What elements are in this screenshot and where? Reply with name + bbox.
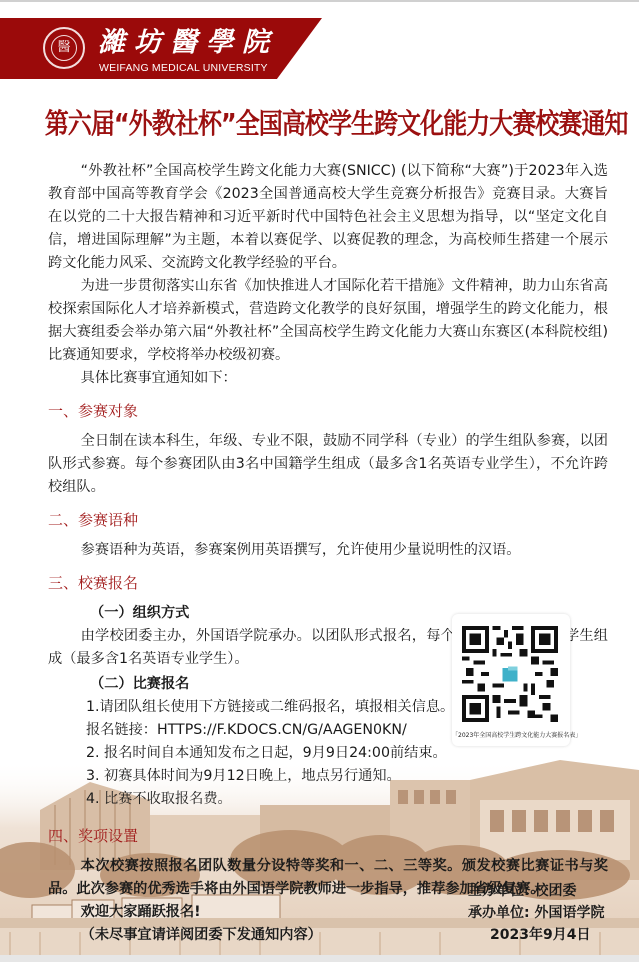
section-participants-body: 全日制在读本科生，年级、专业不限，鼓励不同学科（专业）的学生组队参赛，以团队形式…: [48, 430, 608, 499]
registration-item-4: 4. 比赛不收取报名费。: [86, 788, 608, 811]
university-emblem-icon: 醫: [43, 27, 85, 69]
section-heading-awards: 四、奖项设置: [48, 823, 608, 849]
host-unit: 主办单位: 校团委: [468, 880, 604, 902]
university-name-en: WEIFANG MEDICAL UNIVERSITY: [99, 62, 268, 74]
intro-paragraph-2: 为进一步贯彻落实山东省《加快推进人才国际化若干措施》文件精神，助力山东省高校探索…: [48, 275, 608, 367]
university-name-cn: 濰坊醫學院: [98, 28, 278, 58]
notice-title: 第六届“外教社杯”全国高校学生跨文化能力大赛校赛通知: [45, 104, 595, 144]
intro-paragraph-3: 具体比赛事宜通知如下：: [48, 367, 608, 390]
section-heading-registration: 三、校赛报名: [48, 570, 608, 596]
qr-code-card[interactable]: 「2023年全国高校学生跨文化能力大赛报名表」: [452, 614, 570, 746]
bottom-edge: [0, 955, 639, 962]
emblem-glyph: 醫: [51, 35, 77, 61]
registration-item-3: 3. 初赛具体时间为9月12日晚上，地点另行通知。: [86, 765, 608, 788]
section-heading-participants: 一、参赛对象: [48, 398, 608, 424]
qr-code-icon[interactable]: [462, 626, 558, 722]
organizer-unit: 承办单位: 外国语学院: [468, 902, 604, 924]
signature-block: 主办单位: 校团委 承办单位: 外国语学院 2023年9月4日: [468, 880, 604, 946]
notice-date: 2023年9月4日: [468, 924, 604, 946]
intro-paragraph-1: “外教社杯”全国高校学生跨文化能力大赛(SNICC) (以下简称“大赛”)于20…: [48, 160, 608, 275]
section-language-body: 参赛语种为英语，参赛案例用英语撰写，允许使用少量说明性的汉语。: [48, 539, 608, 562]
notice-body: “外教社杯”全国高校学生跨文化能力大赛(SNICC) (以下简称“大赛”)于20…: [48, 160, 608, 947]
qr-caption: 「2023年全国高校学生跨文化能力大赛报名表」: [452, 730, 570, 739]
section-heading-language: 二、参赛语种: [48, 507, 608, 533]
top-divider: [0, 0, 639, 2]
